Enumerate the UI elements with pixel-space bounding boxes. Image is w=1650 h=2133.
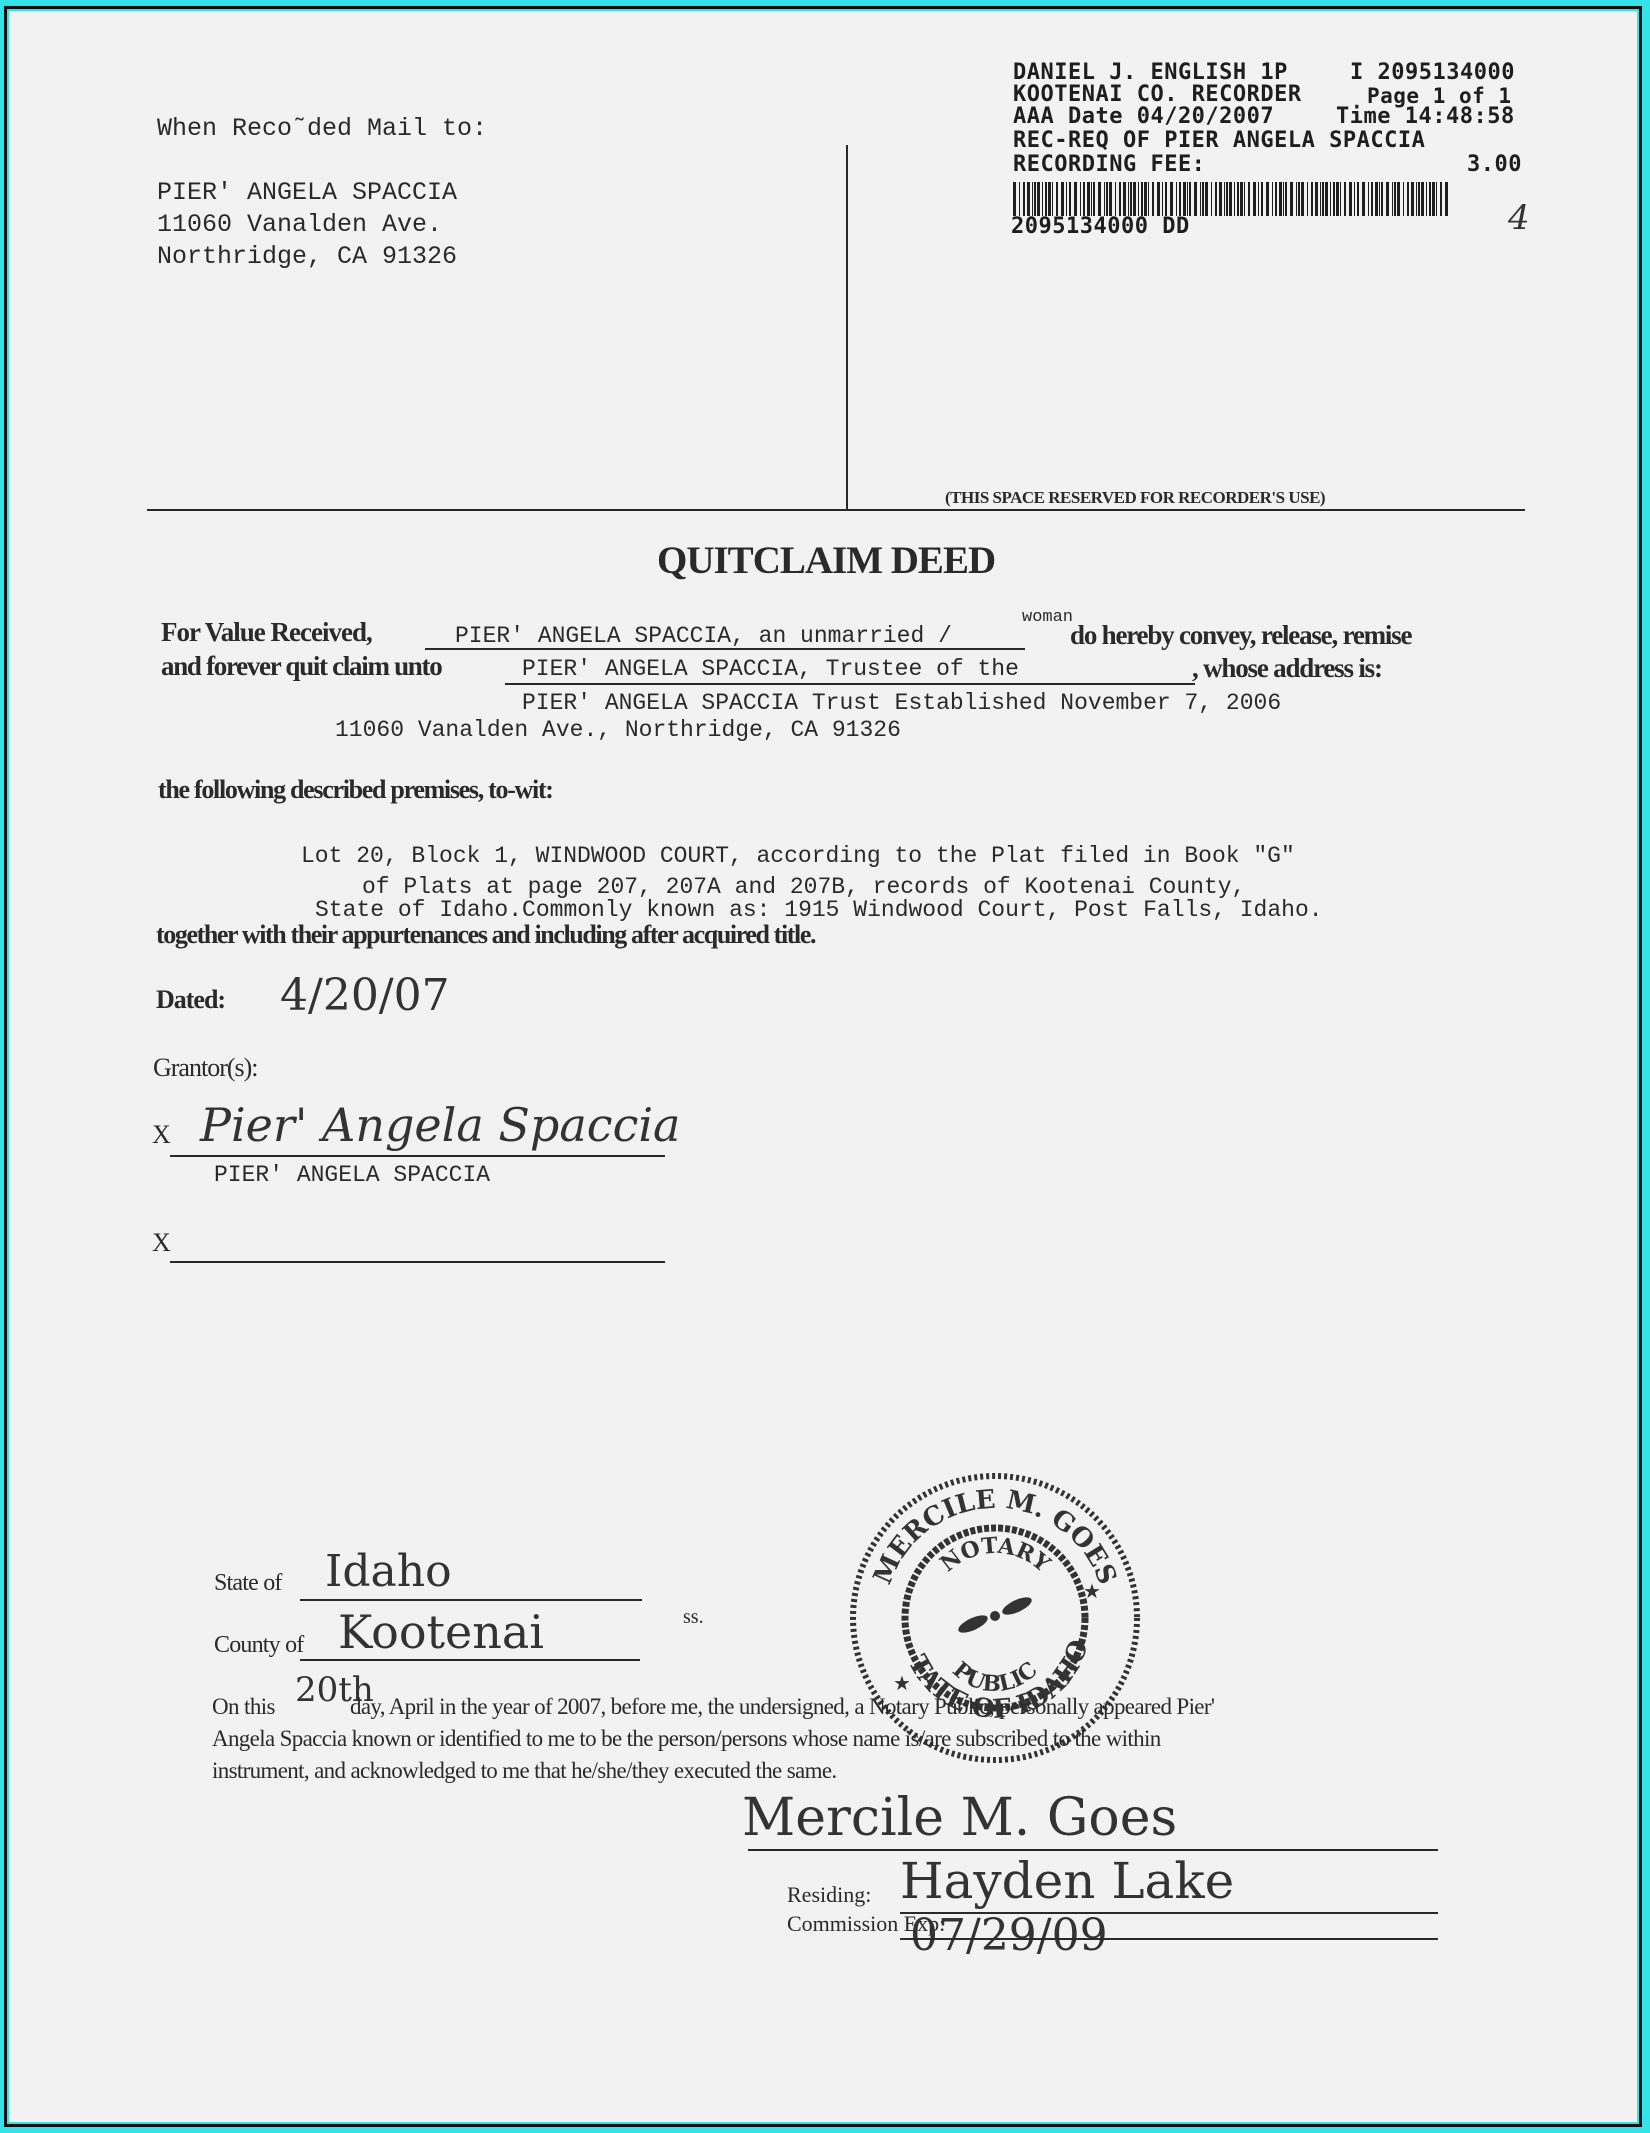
acknowledgment-line1: day, April in the year of 2007, before m… [350, 1694, 1214, 1720]
grantor-signature: Pier' Angela Spaccia [200, 1098, 680, 1152]
county-underline [300, 1659, 640, 1661]
stamp-initial-mark: 4 [1508, 198, 1530, 238]
premises-together: together with their appurtenances and in… [156, 920, 815, 950]
county-value: Kootenai [338, 1605, 544, 1659]
notary-signature: Mercile M. Goes [742, 1788, 1177, 1848]
grantee-fill-underline [505, 683, 1195, 685]
residing-value: Hayden Lake [900, 1852, 1234, 1910]
second-grantor-mark: X [152, 1228, 171, 1258]
conveyance-line2-suffix: , whose address is: [1192, 653, 1382, 684]
conveyance-line1-prefix: For Value Received, [161, 617, 372, 648]
return-city: Northridge, CA 91326 [157, 242, 457, 271]
return-label: When Reco˜ded Mail to: [157, 114, 487, 143]
grantor-insert: woman [1022, 608, 1073, 627]
commission-line [900, 1938, 1438, 1940]
grantee-fill: PIER' ANGELA SPACCIA, Trustee of the [522, 656, 1019, 682]
legal-description-line1: Lot 20, Block 1, WINDWOOD COURT, accordi… [301, 843, 1295, 869]
grantor-printed-name: PIER' ANGELA SPACCIA [214, 1162, 490, 1188]
stamp-fee-label: RECORDING FEE: [1013, 152, 1205, 177]
svg-text:★: ★ [1083, 1581, 1101, 1603]
return-name: PIER' ANGELA SPACCIA [157, 178, 457, 207]
dated-value: 4/20/07 [280, 970, 450, 1021]
state-underline [300, 1599, 642, 1601]
state-label: State of [214, 1570, 282, 1597]
acknowledgment-line3: instrument, and acknowledged to me that … [212, 1758, 836, 1784]
second-grantor-signature-line [170, 1261, 665, 1263]
stamp-time: Time 14:48:58 [1336, 104, 1515, 129]
stamp-barcode-number: 2095134000 DD [1011, 214, 1190, 239]
grantor-signature-line [170, 1155, 665, 1157]
stamp-date: AAA Date 04/20/2007 [1013, 104, 1274, 129]
return-street: 11060 Vanalden Ave. [157, 210, 442, 239]
stamp-fee-value: 3.00 [1467, 152, 1522, 177]
stamp-instrument-number: I 2095134000 [1350, 60, 1515, 85]
dated-label: Dated: [156, 985, 225, 1015]
conveyance-line2-prefix: and forever quit claim unto [161, 651, 441, 682]
residing-label: Residing: [787, 1882, 871, 1908]
conveyance-line1-suffix: do hereby convey, release, remise [1070, 620, 1411, 651]
on-this-label: On this [212, 1694, 275, 1720]
commission-value: 07/29/09 [910, 1910, 1108, 1961]
grantor-signature-mark: X [152, 1120, 171, 1150]
recorder-space-label: (THIS SPACE RESERVED FOR RECORDER'S USE) [945, 488, 1325, 508]
barcode [1013, 182, 1453, 216]
premises-intro: the following described premises, to-wit… [158, 775, 553, 805]
county-label: County of [214, 1632, 303, 1659]
recorder-box-vertical-divider [846, 145, 848, 511]
stamp-requester: REC-REQ OF PIER ANGELA SPACCIA [1013, 128, 1425, 153]
notary-seal: MERCILE M. GOES STATE OF IDAHO NOTARY PU… [845, 1468, 1145, 1768]
notary-signature-line [748, 1849, 1438, 1851]
acknowledgment-line2: Angela Spaccia known or identified to me… [212, 1726, 1161, 1752]
state-value: Idaho [325, 1546, 452, 1597]
document-title: QUITCLAIM DEED [657, 538, 995, 583]
ss-label: ss. [683, 1606, 704, 1629]
grantor-fill: PIER' ANGELA SPACCIA, an unmarried / [455, 623, 952, 649]
grantor-label: Grantor(s): [153, 1053, 258, 1083]
svg-text:★: ★ [893, 1673, 911, 1695]
trust-name: PIER' ANGELA SPACCIA Trust Established N… [522, 690, 1281, 716]
grantee-address: 11060 Vanalden Ave., Northridge, CA 9132… [335, 717, 901, 743]
recorder-box-horizontal-rule [147, 509, 1525, 511]
